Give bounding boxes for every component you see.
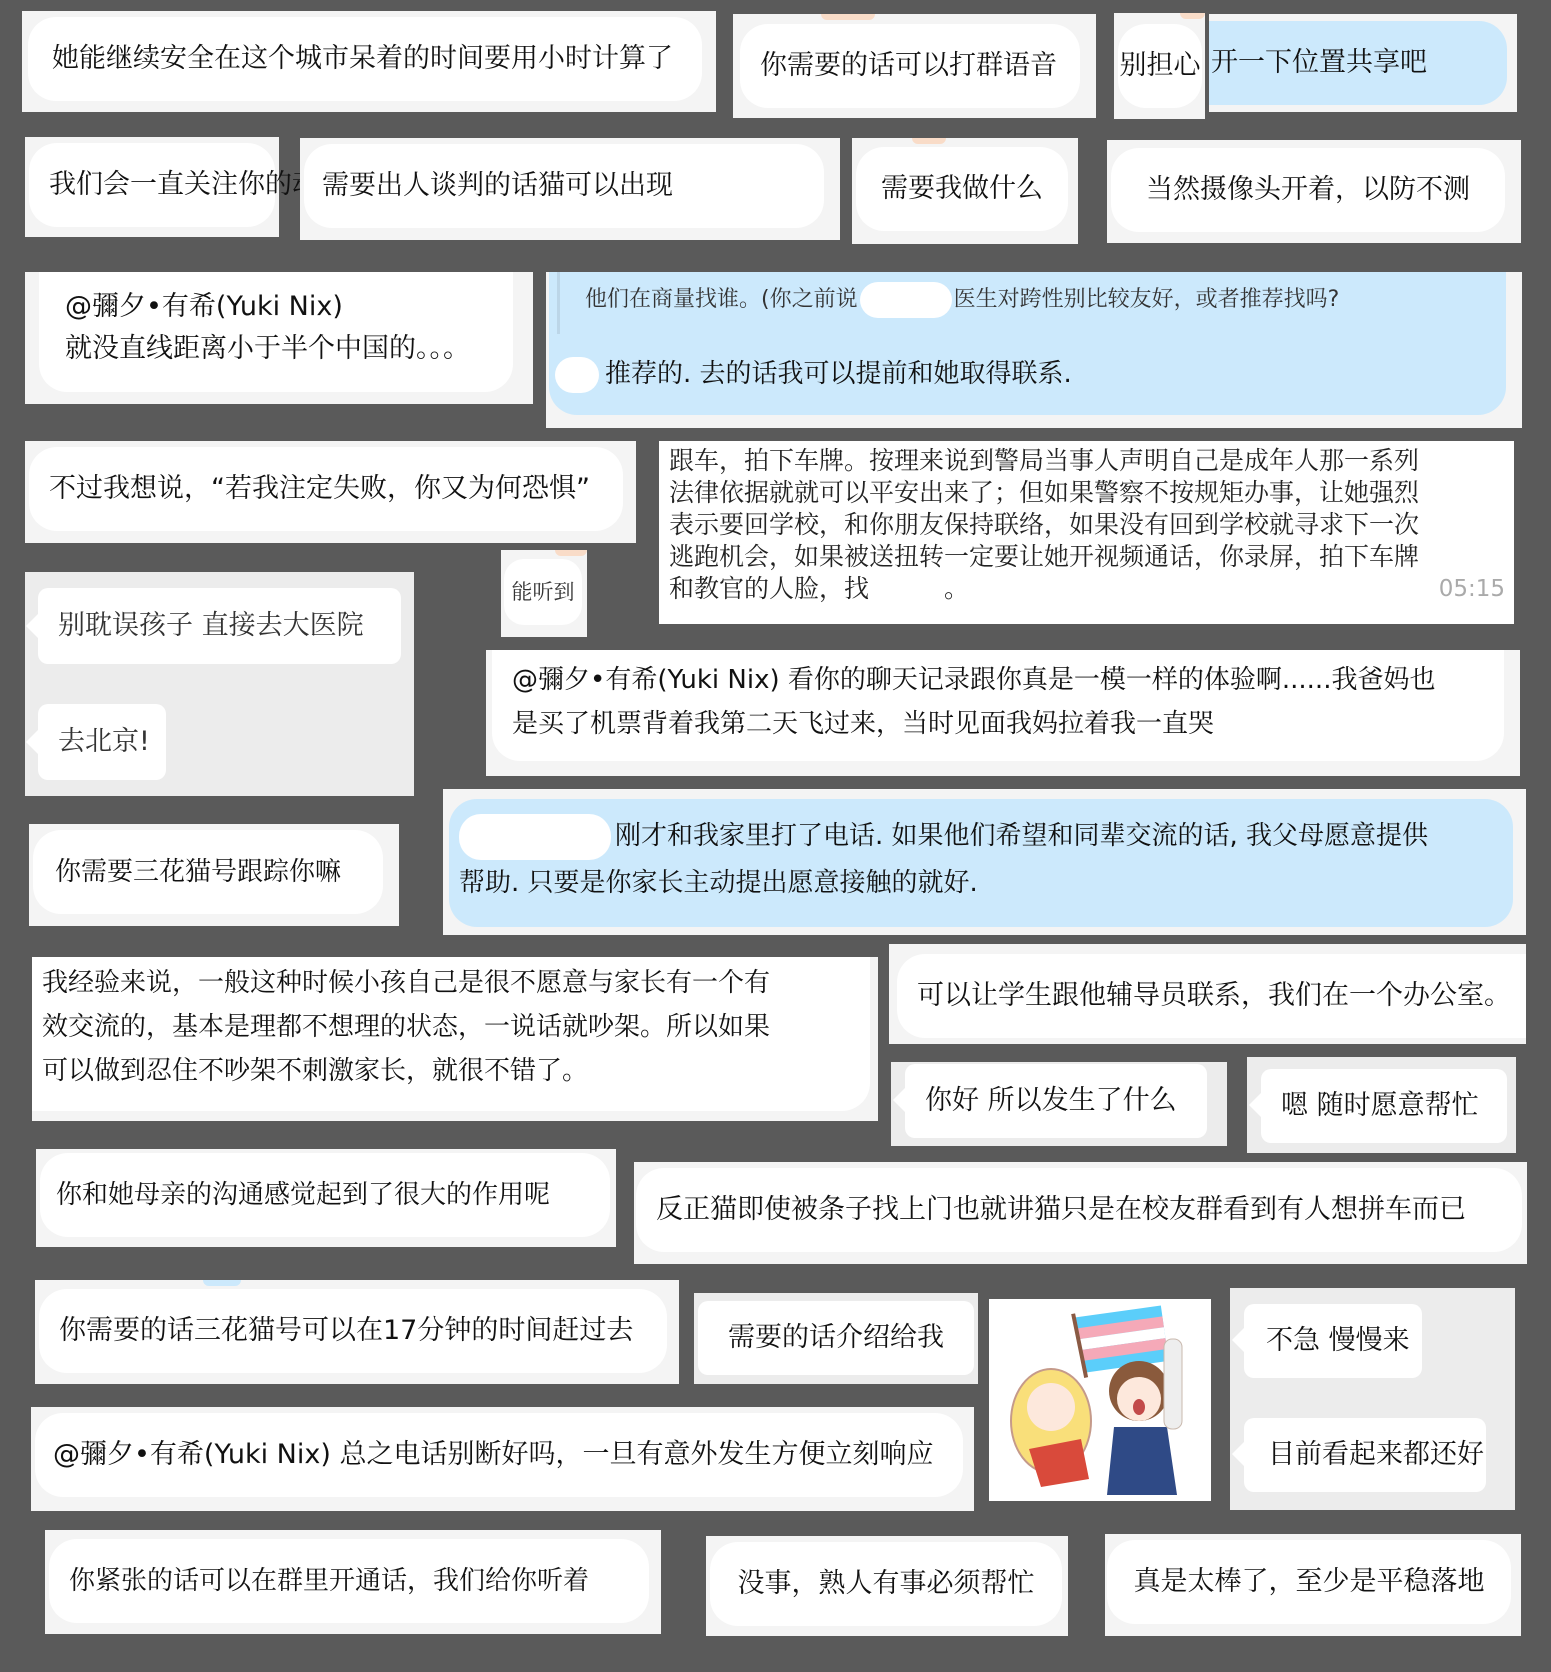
message-panel-19: 我经验来说，一般这种时候小孩自己是很不愿意与家长有一个有 效交流的，基本是理都不… (32, 957, 878, 1121)
message-bubble: 她能继续安全在这个城市呆着的时间要用小时计算了 (28, 17, 702, 101)
message-bubble: @彌夕•有希(Yuki Nix) 看你的聊天记录跟你真是一模一样的体验啊....… (492, 650, 1504, 761)
message-bubble: 没事，熟人有事必须帮忙 (710, 1542, 1062, 1626)
message-panel-6: 需要出人谈判的话猫可以出现 (300, 138, 840, 240)
message-bubble: 你和她母亲的沟通感觉起到了很大的作用呢 (40, 1153, 610, 1237)
message-panel-2: 你需要的话可以打群语音 (733, 14, 1096, 118)
bubble-tail (893, 1088, 905, 1112)
message-text: 能听到 (512, 576, 575, 609)
bubble-tail (26, 614, 38, 638)
message-bubble: 需要我做什么 (856, 147, 1068, 231)
message-text: 别耽误孩子 直接去大医院 (58, 605, 364, 647)
message-text: @彌夕•有希(Yuki Nix) 总之电话别断好吗，一旦有意外发生方便立刻响应 (53, 1434, 933, 1476)
message-text: 你需要三花猫号跟踪你嘛 (55, 852, 341, 892)
message-bubble: 当然摄像头开着，以防不测 (1111, 148, 1505, 232)
message-bubble: 别担心 (1118, 24, 1202, 108)
message-text: 你需要的话可以打群语音 (760, 45, 1057, 87)
message-text: 我经验来说，一般这种时候小孩自己是很不愿意与家长有一个有 (42, 961, 870, 1005)
message-bubble: 需要出人谈判的话猫可以出现 (304, 144, 824, 228)
message-bubble: 目前看起来都还好 (1244, 1418, 1486, 1492)
redacted-name (459, 814, 611, 860)
message-bubble: 你需要的话可以打群语音 (740, 24, 1080, 108)
reply-text: 推荐的. 去的话我可以提前和她取得联系. (555, 354, 1072, 394)
message-panel-7: 需要我做什么 (852, 138, 1078, 244)
member-badge (555, 550, 587, 556)
message-text: 去北京! (58, 721, 150, 763)
message-panel-26: 需要的话介绍给我 (694, 1293, 978, 1384)
message-bubble: @彌夕•有希(Yuki Nix) 就没直线距离小于半个中国的。。。 (39, 272, 513, 392)
message-bubble: 你好 所以发生了什么 (905, 1064, 1207, 1138)
message-text: @彌夕•有希(Yuki Nix) 看你的聊天记录跟你真是一模一样的体验啊....… (512, 658, 1504, 702)
mention-text: @彌夕•有希(Yuki Nix) (65, 286, 513, 328)
message-text: 别担心 (1120, 45, 1201, 87)
message-text: 真是太棒了，至少是平稳落地 (1134, 1561, 1485, 1603)
message-bubble: 可以让学生跟他辅导员联系，我们在一个办公室。 (897, 954, 1526, 1038)
member-badge (912, 138, 946, 144)
message-text: 她能继续安全在这个城市呆着的时间要用小时计算了 (52, 38, 673, 80)
message-text: 你需要的话三花猫号可以在17分钟的时间赶过去 (59, 1310, 633, 1352)
member-badge (203, 1280, 241, 1286)
message-text: 你和她母亲的沟通感觉起到了很大的作用呢 (56, 1175, 550, 1215)
message-panel-4: 开一下位置共享吧 (1209, 14, 1517, 112)
message-bubble: 去北京! (38, 704, 166, 780)
message-panel-12: 跟车，拍下车牌。按理来说到警局当事人声明自己是成年人那一系列 法律依据就就可以平… (659, 441, 1514, 624)
message-bubble: 能听到 (504, 559, 582, 625)
message-panel-29: @彌夕•有希(Yuki Nix) 总之电话别断好吗，一旦有意外发生方便立刻响应 (31, 1407, 974, 1511)
message-bubble: 不急 慢慢来 (1244, 1304, 1422, 1378)
message-panel-31: 没事，熟人有事必须帮忙 (706, 1536, 1068, 1636)
message-text: 不急 慢慢来 (1266, 1320, 1410, 1362)
message-panel-22: 嗯 随时愿意帮忙 (1247, 1057, 1516, 1153)
message-panel-10: 他们在商量找谁。(你之前说医生对跨性别比较友好，或者推荐找吗? 推荐的. 去的话… (546, 272, 1522, 428)
sticker-image[interactable] (989, 1299, 1211, 1501)
message-bubble: @彌夕•有希(Yuki Nix) 总之电话别断好吗，一旦有意外发生方便立刻响应 (35, 1413, 963, 1497)
message-panel-20: 可以让学生跟他辅导员联系，我们在一个办公室。 (889, 944, 1526, 1044)
message-timestamp: 05:15 (1439, 573, 1505, 605)
redacted-name (860, 282, 952, 318)
message-text: 反正猫即使被条子找上门也就讲猫只是在校友群看到有人想拼车而已 (656, 1189, 1466, 1231)
bubble-tail (26, 730, 38, 754)
quoted-message: 他们在商量找谁。(你之前说医生对跨性别比较友好，或者推荐找吗? (585, 282, 1339, 318)
message-text: 不过我想说，“若我注定失败，你又为何恐惧” (49, 468, 590, 510)
message-panel-9: @彌夕•有希(Yuki Nix) 就没直线距离小于半个中国的。。。 (25, 272, 533, 404)
message-panel-24: 反正猫即使被条子找上门也就讲猫只是在校友群看到有人想拼车而已 (634, 1162, 1527, 1264)
message-panel-16: @彌夕•有希(Yuki Nix) 看你的聊天记录跟你真是一模一样的体验啊....… (486, 650, 1520, 776)
message-panel-18: 刚才和我家里打了电话. 如果他们希望和同辈交流的话, 我父母愿意提供 帮助. 只… (443, 789, 1526, 935)
member-badge (1180, 13, 1205, 19)
message-panel-8: 当然摄像头开着，以防不测 (1107, 140, 1521, 243)
message-panel-13: 别耽误孩子 直接去大医院 去北京! (25, 572, 414, 796)
message-panel-25: 你需要的话三花猫号可以在17分钟的时间赶过去 (35, 1280, 679, 1384)
message-text: 开一下位置共享吧 (1211, 42, 1427, 84)
message-panel-30: 你紧张的话可以在群里开通话，我们给你听着 (45, 1530, 661, 1634)
message-bubble: 我经验来说，一般这种时候小孩自己是很不愿意与家长有一个有 效交流的，基本是理都不… (32, 957, 870, 1111)
message-panel-17: 你需要三花猫号跟踪你嘛 (29, 824, 399, 926)
message-panel-23: 你和她母亲的沟通感觉起到了很大的作用呢 (36, 1149, 616, 1247)
member-badge (821, 14, 875, 20)
bubble-tail (1249, 1093, 1261, 1117)
message-text: 需要我做什么 (881, 168, 1043, 210)
message-bubble: 你紧张的话可以在群里开通话，我们给你听着 (49, 1539, 649, 1623)
message-panel-1: 她能继续安全在这个城市呆着的时间要用小时计算了 (22, 11, 716, 112)
message-text: 嗯 随时愿意帮忙 (1281, 1085, 1479, 1127)
message-bubble: 你需要三花猫号跟踪你嘛 (33, 830, 383, 914)
message-panel-3: 别担心 (1114, 13, 1205, 119)
message-bubble: 别耽误孩子 直接去大医院 (38, 588, 401, 664)
message-bubble-self: 刚才和我家里打了电话. 如果他们希望和同辈交流的话, 我父母愿意提供 帮助. 只… (449, 799, 1513, 927)
message-text: 可以让学生跟他辅导员联系，我们在一个办公室。 (917, 975, 1511, 1017)
message-text: 是买了机票背着我第二天飞过来，当时见面我妈拉着我一直哭 (512, 702, 1504, 746)
message-text: 效交流的，基本是理都不想理的状态，一说话就吵架。所以如果 (42, 1005, 870, 1049)
message-panel-5: 我们会一直关注你的动向的 (25, 137, 279, 237)
redacted-name (555, 357, 599, 393)
pride-flag-characters-icon (989, 1299, 1211, 1501)
message-text: 需要出人谈判的话猫可以出现 (322, 165, 673, 207)
message-bubble: 我们会一直关注你的动向的 (29, 143, 275, 227)
message-bubble-self-reply: 他们在商量找谁。(你之前说医生对跨性别比较友好，或者推荐找吗? 推荐的. 去的话… (549, 272, 1506, 415)
bubble-tail (1232, 1328, 1244, 1352)
message-bubble: 嗯 随时愿意帮忙 (1261, 1069, 1507, 1143)
message-bubble: 你需要的话三花猫号可以在17分钟的时间赶过去 (39, 1289, 667, 1373)
message-bubble: 需要的话介绍给我 (698, 1301, 974, 1375)
bubble-tail (1232, 1442, 1244, 1466)
message-text: 可以做到忍住不吵架不刺激家长，就很不错了。 (42, 1049, 870, 1093)
message-panel-21: 你好 所以发生了什么 (891, 1062, 1227, 1146)
message-text: 你紧张的话可以在群里开通话，我们给你听着 (69, 1561, 589, 1601)
message-panel-15: 能听到 (501, 550, 587, 637)
message-text: 当然摄像头开着，以防不测 (1146, 169, 1470, 211)
message-text: 需要的话介绍给我 (728, 1317, 944, 1359)
quote-bar (557, 272, 560, 334)
message-panel-32: 真是太棒了，至少是平稳落地 (1105, 1534, 1521, 1636)
message-panel-27: 不急 慢慢来 目前看起来都还好 (1230, 1288, 1515, 1510)
message-text: 没事，熟人有事必须帮忙 (738, 1563, 1035, 1605)
message-text: 你好 所以发生了什么 (925, 1080, 1177, 1122)
message-panel-11: 不过我想说，“若我注定失败，你又为何恐惧” (25, 441, 636, 543)
message-bubble: 反正猫即使被条子找上门也就讲猫只是在校友群看到有人想拼车而已 (636, 1168, 1522, 1252)
message-bubble: 不过我想说，“若我注定失败，你又为何恐惧” (29, 447, 623, 531)
message-bubble-self: 开一下位置共享吧 (1209, 21, 1507, 105)
long-message: 跟车，拍下车牌。按理来说到警局当事人声明自己是成年人那一系列 法律依据就就可以平… (669, 445, 1505, 605)
message-text: 刚才和我家里打了电话. 如果他们希望和同辈交流的话, 我父母愿意提供 帮助. 只… (459, 813, 1428, 906)
message-bubble: 真是太棒了，至少是平稳落地 (1107, 1540, 1511, 1624)
message-text: 目前看起来都还好 (1268, 1434, 1484, 1476)
message-text: 就没直线距离小于半个中国的。。。 (65, 328, 513, 370)
